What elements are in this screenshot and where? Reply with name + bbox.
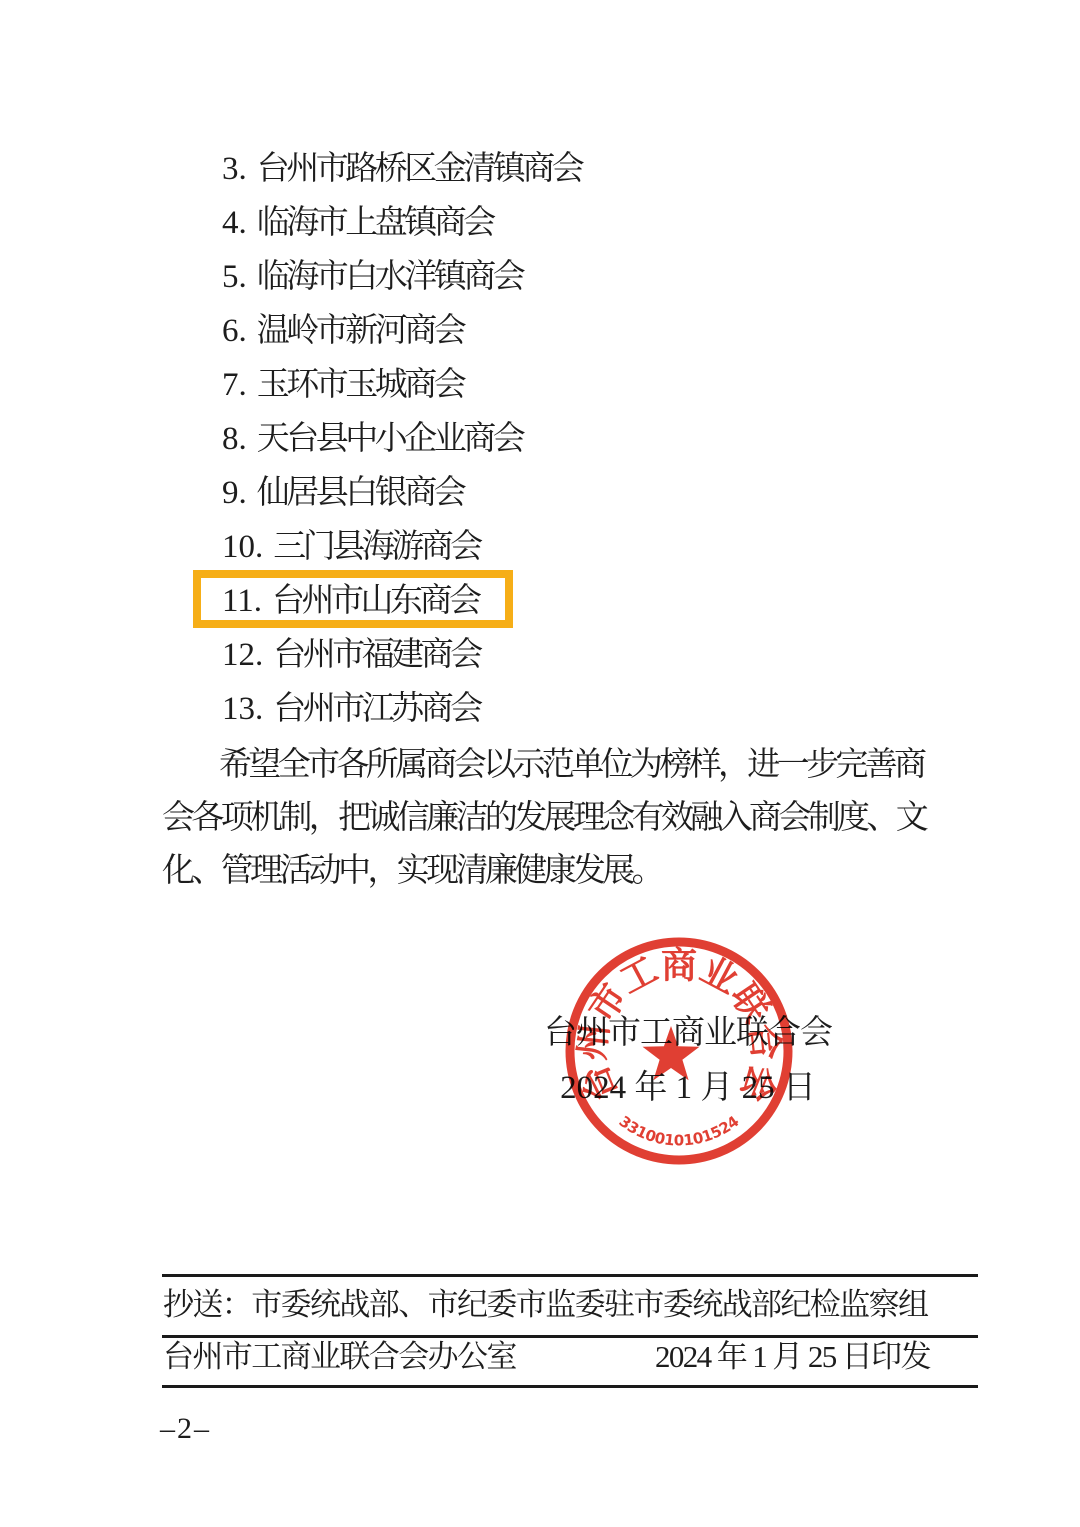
list-item: 6.温岭市新河商会	[222, 304, 942, 358]
list-item-number: 12.	[222, 637, 263, 673]
list-item-name: 台州市江苏商会	[273, 691, 480, 727]
seal-serial-number: 3310010101524	[616, 1112, 743, 1149]
seal-star-icon	[643, 1026, 700, 1080]
list-item: 10.三门县海游商会	[222, 520, 942, 574]
footer-rule-bottom	[162, 1385, 978, 1388]
svg-text:商: 商	[661, 945, 697, 985]
body-paragraph: 希望全市各所属商会以示范单位为榜样，进一步完善商 会各项机制，把诚信廉洁的发展理…	[162, 739, 928, 898]
list-item: 7.玉环市玉城商会	[222, 358, 942, 412]
list-item: 13.台州市江苏商会	[222, 682, 942, 736]
paragraph-line: 化、管理活动中，实现清廉健康发展。	[162, 845, 928, 898]
list-item: 3.台州市路桥区金清镇商会	[222, 142, 942, 196]
list-item: 5.临海市白水洋镇商会	[222, 250, 942, 304]
list-item-name: 温岭市新河商会	[257, 313, 464, 349]
svg-text:合: 合	[742, 1022, 786, 1062]
list-item-number: 6.	[222, 313, 247, 349]
page-number: –2–	[160, 1411, 211, 1447]
list-item-number: 10.	[222, 529, 263, 565]
list-item-name: 仙居县白银商会	[257, 475, 464, 511]
list-item: 8.天台县中小企业商会	[222, 412, 942, 466]
svg-text:州: 州	[572, 1022, 616, 1062]
list-item-name: 临海市上盘镇商会	[257, 205, 493, 241]
document-page: 3.台州市路桥区金清镇商会4.临海市上盘镇商会5.临海市白水洋镇商会6.温岭市新…	[0, 0, 1080, 1527]
highlight-box	[193, 570, 513, 628]
list-item-number: 8.	[222, 421, 247, 457]
list-item-number: 9.	[222, 475, 247, 511]
list-item-name: 临海市白水洋镇商会	[257, 259, 523, 295]
paragraph-line: 希望全市各所属商会以示范单位为榜样，进一步完善商	[162, 739, 928, 792]
list-item-number: 7.	[222, 367, 247, 403]
footer-rule-top	[162, 1274, 978, 1277]
issuer-office: 台州市工商业联合会办公室	[163, 1338, 516, 1376]
official-seal: 台州市工商业联合会 3310010101524	[559, 931, 799, 1171]
paragraph-line: 会各项机制，把诚信廉洁的发展理念有效融入商会制度、文	[162, 792, 928, 845]
list-item-name: 玉环市玉城商会	[257, 367, 464, 403]
print-date: 2024 年 1 月 25 日印发	[655, 1338, 930, 1376]
list-item-number: 4.	[222, 205, 247, 241]
list-item-number: 3.	[222, 151, 247, 187]
list-item-name: 三门县海游商会	[273, 529, 480, 565]
list-item-name: 台州市路桥区金清镇商会	[257, 151, 582, 187]
list-item-number: 13.	[222, 691, 263, 727]
list-item-name: 台州市福建商会	[273, 637, 480, 673]
list-item: 12.台州市福建商会	[222, 628, 942, 682]
issuer-row: 台州市工商业联合会办公室 2024 年 1 月 25 日印发	[163, 1338, 930, 1376]
chamber-list: 3.台州市路桥区金清镇商会4.临海市上盘镇商会5.临海市白水洋镇商会6.温岭市新…	[222, 142, 942, 736]
list-item: 9.仙居县白银商会	[222, 466, 942, 520]
cc-line: 抄送：市委统战部、市纪委市监委驻市委统战部纪检监察组	[163, 1286, 963, 1324]
list-item-number: 5.	[222, 259, 247, 295]
list-item-name: 天台县中小企业商会	[257, 421, 523, 457]
list-item: 4.临海市上盘镇商会	[222, 196, 942, 250]
